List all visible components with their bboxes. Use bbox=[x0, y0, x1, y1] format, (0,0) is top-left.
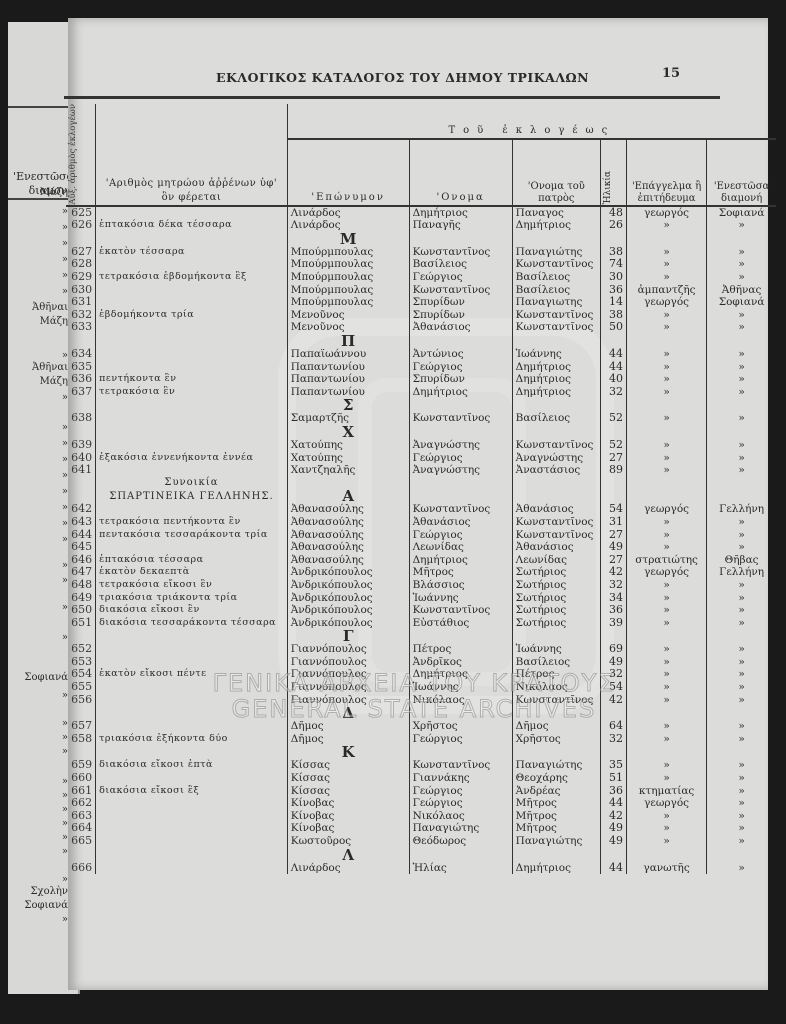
surname-cell: Ἀνδρικόπουλος bbox=[287, 566, 409, 579]
name-cell bbox=[409, 848, 512, 862]
surname-cell: Μενοῦνος bbox=[287, 309, 409, 322]
surname-cell: Παπαντωνίου bbox=[287, 361, 409, 374]
residence-cell bbox=[707, 706, 776, 720]
residence-fragment: Σχολὴν bbox=[30, 886, 68, 898]
alphabet-section-row: Μ bbox=[66, 232, 776, 246]
father-name-cell: Πέτρος bbox=[512, 668, 600, 681]
occupation-cell: ἀμπαντζῆς bbox=[626, 284, 706, 297]
residence-cell: Γελλήνη bbox=[707, 503, 776, 516]
residence-cell: » bbox=[707, 258, 776, 271]
table-row: 658τριακόσια ἑξήκοντα δύοΔῆμοςΓεώργιοςΧρ… bbox=[66, 733, 776, 746]
serial-no-cell bbox=[66, 489, 96, 503]
residence-cell: » bbox=[707, 348, 776, 361]
age-cell bbox=[600, 477, 626, 490]
father-name-cell: Βασίλειος bbox=[512, 656, 600, 669]
section-letter: Α bbox=[287, 489, 409, 503]
table-row: 630ΜπούρμπουλαςΚωνσταντῖνοςΒασίλειος36ἀμ… bbox=[66, 284, 776, 297]
table-row: 665ΚωστοῦροςΘεόδωροςΠαναγιώτης49»» bbox=[66, 835, 776, 848]
section-letter: Χ bbox=[287, 425, 409, 439]
registry-no-cell bbox=[96, 629, 288, 643]
registry-no-cell bbox=[96, 412, 288, 425]
residence-cell: » bbox=[707, 694, 776, 707]
father-name-cell: Χρῆστος bbox=[512, 733, 600, 746]
father-name-cell bbox=[512, 848, 600, 862]
father-name-cell: Μῆτρος bbox=[512, 810, 600, 823]
serial-no-cell: 662 bbox=[66, 797, 96, 810]
father-name-cell: Κωνσταντῖνος bbox=[512, 516, 600, 529]
serial-no-cell: 629 bbox=[66, 271, 96, 284]
residence-cell: » bbox=[707, 452, 776, 465]
surname-cell: Ἀνδρικόπουλος bbox=[287, 579, 409, 592]
father-name-cell: Μῆτρος bbox=[512, 797, 600, 810]
father-name-cell: Παναγιώτης bbox=[512, 835, 600, 848]
surname-cell: Ἀνδρικόπουλος bbox=[287, 592, 409, 605]
name-cell: Γεώργιος bbox=[409, 452, 512, 465]
table-row: 629τετρακόσια ἑβδομήκοντα ἓξΜπούρμπουλας… bbox=[66, 271, 776, 284]
occupation-cell: » bbox=[626, 541, 706, 554]
age-cell: 44 bbox=[600, 797, 626, 810]
registry-no-cell bbox=[96, 656, 288, 669]
name-cell: Ἀνδρῖκος bbox=[409, 656, 512, 669]
table-row: 649τριακόσια τριάκοντα τρίαἈνδρικόπουλος… bbox=[66, 592, 776, 605]
serial-no-cell: 636 bbox=[66, 373, 96, 386]
father-name-cell: Παναγος bbox=[512, 206, 600, 220]
age-cell bbox=[600, 706, 626, 720]
table-row: 657ΔῆμοςΧρῆστοςΔῆμος64»» bbox=[66, 720, 776, 733]
name-cell: Ἰωάννης bbox=[409, 592, 512, 605]
registry-no-cell bbox=[96, 348, 288, 361]
register-rows: 625ΛινάρδοςΔημήτριοςΠαναγος48γεωργόςΣοφι… bbox=[66, 206, 776, 875]
residence-cell: Σοφιανά bbox=[707, 206, 776, 220]
occupation-cell: » bbox=[626, 246, 706, 259]
residence-cell: » bbox=[707, 412, 776, 425]
serial-no-cell: 657 bbox=[66, 720, 96, 733]
age-cell: 50 bbox=[600, 321, 626, 334]
serial-no-cell: 631 bbox=[66, 296, 96, 309]
occupation-cell: » bbox=[626, 386, 706, 399]
table-row: 628ΜπούρμπουλαςΒασίλειοςΚωνσταντῖνος74»» bbox=[66, 258, 776, 271]
father-name-cell: Σωτήριος bbox=[512, 604, 600, 617]
name-cell: Σπυρίδων bbox=[409, 373, 512, 386]
residence-cell: » bbox=[707, 592, 776, 605]
father-name-cell: Κωνσταντῖνος bbox=[512, 321, 600, 334]
table-row: 663ΚίνοβαςΝικόλαοςΜῆτρος42»» bbox=[66, 810, 776, 823]
father-name-cell bbox=[512, 334, 600, 348]
serial-no-cell: 626 bbox=[66, 219, 96, 232]
father-name-cell: Κωνσταντῖνος bbox=[512, 258, 600, 271]
residence-cell bbox=[707, 489, 776, 503]
occupation-cell: » bbox=[626, 772, 706, 785]
name-cell: Ἀθανάσιος bbox=[409, 516, 512, 529]
surname-cell: Ἀθανασούλης bbox=[287, 503, 409, 516]
occupation-cell: » bbox=[626, 720, 706, 733]
residence-fragment: Ἀθῆναι bbox=[32, 362, 68, 374]
age-cell: 48 bbox=[600, 206, 626, 220]
name-cell: Γεώργιος bbox=[409, 361, 512, 374]
alphabet-section-row: Κ bbox=[66, 745, 776, 759]
registry-no-cell bbox=[96, 503, 288, 516]
occupation-cell: » bbox=[626, 258, 706, 271]
surname-cell: Ἀθανασούλης bbox=[287, 516, 409, 529]
page-number: 15 bbox=[662, 66, 680, 81]
serial-no-cell: 658 bbox=[66, 733, 96, 746]
register-page: ΕΚΛΟΓΙΚΟΣ ΚΑΤΑΛΟΓΟΣ ΤΟΥ ΔΗΜΟΥ ΤΡΙΚΑΛΩΝ 1… bbox=[68, 18, 768, 990]
running-header: ΕΚΛΟΓΙΚΟΣ ΚΑΤΑΛΟΓΟΣ ΤΟΥ ΔΗΜΟΥ ΤΡΙΚΑΛΩΝ bbox=[216, 70, 589, 85]
age-cell bbox=[600, 489, 626, 503]
registry-no-cell: διακόσια τεσσαράκοντα τέσσαρα bbox=[96, 617, 288, 630]
registry-no-cell: πεντακόσια τεσσαράκοντα τρία bbox=[96, 529, 288, 542]
father-name-cell: Ἰωάννης bbox=[512, 643, 600, 656]
occupation-cell: » bbox=[626, 361, 706, 374]
section-letter: Γ bbox=[287, 629, 409, 643]
age-cell: 40 bbox=[600, 373, 626, 386]
father-name-cell: Σωτήριος bbox=[512, 617, 600, 630]
table-row: 636πεντήκοντα ἓνΠαπαντωνίουΣπυρίδωνΔημήτ… bbox=[66, 373, 776, 386]
table-row: 654ἑκατὸν εἴκοσι πέντεΓιαννόπουλοςΔημήτρ… bbox=[66, 668, 776, 681]
surname-cell: Κίνοβας bbox=[287, 822, 409, 835]
father-name-cell bbox=[512, 489, 600, 503]
surname-cell: Κίνοβας bbox=[287, 810, 409, 823]
residence-cell: » bbox=[707, 439, 776, 452]
age-cell: 44 bbox=[600, 348, 626, 361]
occupation-cell: » bbox=[626, 835, 706, 848]
age-cell bbox=[600, 232, 626, 246]
quarter-heading-row: ΣΠΑΡΤΙΝΕΙΚΑ ΓΕΛΛΗΝΗΣ.Α bbox=[66, 489, 776, 503]
registry-no-cell: ἑκατὸν εἴκοσι πέντε bbox=[96, 668, 288, 681]
name-cell: Παναγῆς bbox=[409, 219, 512, 232]
registry-no-cell bbox=[96, 797, 288, 810]
age-cell bbox=[600, 398, 626, 412]
quarter-heading: ΣΠΑΡΤΙΝΕΙΚΑ ΓΕΛΛΗΝΗΣ. bbox=[96, 489, 288, 503]
registry-no-cell: διακόσια εἴκοσι ἓν bbox=[96, 604, 288, 617]
name-cell bbox=[409, 489, 512, 503]
registry-no-cell bbox=[96, 321, 288, 334]
name-cell: Κωνσταντῖνος bbox=[409, 604, 512, 617]
registry-no-cell bbox=[96, 862, 288, 875]
registry-no-cell bbox=[96, 439, 288, 452]
age-cell bbox=[600, 745, 626, 759]
registry-no-cell: τετρακόσια εἴκοσι ἓν bbox=[96, 579, 288, 592]
name-cell: Γιαννάκης bbox=[409, 772, 512, 785]
serial-no-cell bbox=[66, 334, 96, 348]
age-cell: 69 bbox=[600, 643, 626, 656]
section-letter: Σ bbox=[287, 398, 409, 412]
age-cell bbox=[600, 848, 626, 862]
registry-no-cell bbox=[96, 232, 288, 246]
occupation-cell: » bbox=[626, 822, 706, 835]
name-cell: Γεώργιος bbox=[409, 271, 512, 284]
name-cell: Βασίλειος bbox=[409, 258, 512, 271]
father-name-cell bbox=[512, 629, 600, 643]
residence-cell: » bbox=[707, 321, 776, 334]
registry-no-cell bbox=[96, 361, 288, 374]
residence-cell: » bbox=[707, 668, 776, 681]
name-cell: Παναγιώτης bbox=[409, 822, 512, 835]
residence-cell: » bbox=[707, 862, 776, 875]
header-surname: 'Επώνυμον bbox=[287, 139, 409, 206]
father-name-cell: Ἀνδρέας bbox=[512, 785, 600, 798]
name-cell: Γεώργιος bbox=[409, 733, 512, 746]
surname-cell: Λινάρδος bbox=[287, 206, 409, 220]
surname-cell: Κίσσας bbox=[287, 785, 409, 798]
serial-no-cell: 656 bbox=[66, 694, 96, 707]
father-name-cell: Ἀθανάσιος bbox=[512, 503, 600, 516]
name-cell: Γεώργιος bbox=[409, 529, 512, 542]
registry-no-cell bbox=[96, 643, 288, 656]
occupation-cell: » bbox=[626, 464, 706, 477]
residence-fragment: Μάζη bbox=[40, 376, 68, 388]
father-name-cell: Ἀθανάσιος bbox=[512, 541, 600, 554]
table-row: 666ΛινάρδοςἨλίαςΔημήτριος44γανωτῆς» bbox=[66, 862, 776, 875]
residence-cell: » bbox=[707, 604, 776, 617]
residence-cell bbox=[707, 745, 776, 759]
serial-no-cell: 639 bbox=[66, 439, 96, 452]
age-cell: 32 bbox=[600, 733, 626, 746]
father-name-cell bbox=[512, 745, 600, 759]
occupation-cell: » bbox=[626, 529, 706, 542]
name-cell: Μῆτρος bbox=[409, 566, 512, 579]
name-cell: Βλάσσιος bbox=[409, 579, 512, 592]
residence-cell: » bbox=[707, 656, 776, 669]
registry-no-cell bbox=[96, 835, 288, 848]
surname-cell: Κίσσας bbox=[287, 759, 409, 772]
table-row: 638ΣαμαρτζῆςΚωνσταντῖνοςΒασίλειος52»» bbox=[66, 412, 776, 425]
occupation-cell bbox=[626, 629, 706, 643]
header-occupation: 'Επάγγελμα ἢ ἐπιτήδευμα bbox=[626, 139, 706, 206]
father-name-cell: Δημήτριος bbox=[512, 386, 600, 399]
alphabet-section-row: Σ bbox=[66, 398, 776, 412]
residence-cell: » bbox=[707, 810, 776, 823]
table-row: 655ΓιαννόπουλοςἸωάννηςΝικόλαος54»» bbox=[66, 681, 776, 694]
residence-cell: Σοφιανά bbox=[707, 296, 776, 309]
table-row: 659διακόσια εἴκοσι ἑπτὰΚίσσαςΚωνσταντῖνο… bbox=[66, 759, 776, 772]
age-cell: 30 bbox=[600, 271, 626, 284]
occupation-cell bbox=[626, 232, 706, 246]
father-name-cell bbox=[512, 425, 600, 439]
residence-fragment: Ἀθῆναι bbox=[32, 302, 68, 314]
name-cell: Κωνσταντῖνος bbox=[409, 759, 512, 772]
occupation-cell: » bbox=[626, 681, 706, 694]
table-row: 643τετρακόσια πεντήκοντα ἓνἈθανασούληςἈθ… bbox=[66, 516, 776, 529]
table-row: 650διακόσια εἴκοσι ἓνἈνδρικόπουλοςΚωνστα… bbox=[66, 604, 776, 617]
surname-cell: Ἀνδρικόπουλος bbox=[287, 604, 409, 617]
table-row: 641ΧαντζηαλῆςἈναγνώστηςἈναστάσιος89»» bbox=[66, 464, 776, 477]
serial-no-cell bbox=[66, 477, 96, 490]
serial-no-cell: 637 bbox=[66, 386, 96, 399]
name-cell: Κωνσταντῖνος bbox=[409, 284, 512, 297]
father-name-cell: Βασίλειος bbox=[512, 284, 600, 297]
registry-no-cell: ἑξακόσια ἐννενήκοντα ἐννέα bbox=[96, 452, 288, 465]
residence-cell: » bbox=[707, 720, 776, 733]
name-cell: Γεώργιος bbox=[409, 785, 512, 798]
serial-no-cell bbox=[66, 848, 96, 862]
registry-no-cell: τριακόσια ἑξήκοντα δύο bbox=[96, 733, 288, 746]
serial-no-cell bbox=[66, 232, 96, 246]
table-row: 626ἑπτακόσια δέκα τέσσαραΛινάρδοςΠαναγῆς… bbox=[66, 219, 776, 232]
table-row: 661διακόσια εἴκοσι ἓξΚίσσαςΓεώργιοςἈνδρέ… bbox=[66, 785, 776, 798]
residence-cell: » bbox=[707, 617, 776, 630]
father-name-cell: Παναγιώτης bbox=[512, 246, 600, 259]
residence-fragment: Σοφιανά bbox=[24, 672, 68, 684]
table-row: 662ΚίνοβαςΓεώργιοςΜῆτρος44γεωργός» bbox=[66, 797, 776, 810]
name-cell: Δημήτριος bbox=[409, 668, 512, 681]
occupation-cell bbox=[626, 334, 706, 348]
table-row: 653ΓιαννόπουλοςἈνδρῖκοςΒασίλειος49»» bbox=[66, 656, 776, 669]
table-row: 642ἈθανασούληςΚωνσταντῖνοςἈθανάσιος54γεω… bbox=[66, 503, 776, 516]
residence-cell: » bbox=[707, 822, 776, 835]
residence-cell: » bbox=[707, 541, 776, 554]
name-cell: Κωνσταντῖνος bbox=[409, 246, 512, 259]
table-row: 647ἑκατὸν δεκαεπτὰἈνδρικόπουλοςΜῆτροςΣωτ… bbox=[66, 566, 776, 579]
name-cell bbox=[409, 398, 512, 412]
occupation-cell: γεωργός bbox=[626, 296, 706, 309]
name-cell: Πέτρος bbox=[409, 643, 512, 656]
father-name-cell bbox=[512, 706, 600, 720]
table-row: 633ΜενοῦνοςἈθανάσιοςΚωνσταντῖνος50»» bbox=[66, 321, 776, 334]
father-name-cell: Σωτήριος bbox=[512, 579, 600, 592]
table-row: 632ἑβδομήκοντα τρίαΜενοῦνοςΣπυρίδωνΚωνστ… bbox=[66, 309, 776, 322]
occupation-cell: » bbox=[626, 759, 706, 772]
registry-no-cell: ἑκατὸν τέσσαρα bbox=[96, 246, 288, 259]
occupation-cell: γεωργός bbox=[626, 797, 706, 810]
father-name-cell: Παναγιώτης bbox=[512, 759, 600, 772]
occupation-cell: γεωργός bbox=[626, 566, 706, 579]
age-cell: 42 bbox=[600, 694, 626, 707]
residence-cell: » bbox=[707, 797, 776, 810]
name-cell: Ἀντώνιος bbox=[409, 348, 512, 361]
name-cell: Ἀθανάσιος bbox=[409, 321, 512, 334]
name-cell: Γεώργιος bbox=[409, 797, 512, 810]
age-cell bbox=[600, 334, 626, 348]
residence-fragment: Μάζη bbox=[40, 316, 68, 328]
father-name-cell: Κωνσταντῖνος bbox=[512, 529, 600, 542]
father-name-cell: Παναγιωτης bbox=[512, 296, 600, 309]
name-cell: Δημήτριος bbox=[409, 386, 512, 399]
surname-cell: Κίσσας bbox=[287, 772, 409, 785]
occupation-cell: » bbox=[626, 321, 706, 334]
residence-cell: » bbox=[707, 219, 776, 232]
occupation-cell bbox=[626, 477, 706, 490]
occupation-cell: γανωτῆς bbox=[626, 862, 706, 875]
voter-register-table: Αὔξ. ἀριθμὸς ἐκλογέων 'Αριθμὸς μητρώου ἀ… bbox=[66, 104, 776, 874]
table-row: 646ἑπτακόσια τέσσαραἈθανασούληςΔημήτριος… bbox=[66, 554, 776, 567]
occupation-cell: » bbox=[626, 694, 706, 707]
alphabet-section-row: Δ bbox=[66, 706, 776, 720]
occupation-cell bbox=[626, 706, 706, 720]
age-cell: 49 bbox=[600, 541, 626, 554]
residence-cell: » bbox=[707, 271, 776, 284]
father-name-cell: Σωτήριος bbox=[512, 592, 600, 605]
header-father-name: 'Ονομα τοῦ πατρὸς bbox=[512, 139, 600, 206]
residence-cell: » bbox=[707, 643, 776, 656]
residence-cell: » bbox=[707, 759, 776, 772]
registry-no-cell bbox=[96, 541, 288, 554]
table-row: 651διακόσια τεσσαράκοντα τέσσαραἈνδρικόπ… bbox=[66, 617, 776, 630]
registry-no-cell bbox=[96, 822, 288, 835]
occupation-cell: γεωργός bbox=[626, 206, 706, 220]
age-cell: 32 bbox=[600, 386, 626, 399]
table-row: 637τετρακόσια ἓνΠαπαντωνίουΔημήτριοςΔημή… bbox=[66, 386, 776, 399]
name-cell: Νικόλαος bbox=[409, 694, 512, 707]
surname-cell: Δῆμος bbox=[287, 720, 409, 733]
father-name-cell: Ἰωάννης bbox=[512, 348, 600, 361]
age-cell: 36 bbox=[600, 604, 626, 617]
header-age: Ἡλικία bbox=[600, 139, 626, 206]
surname-cell: Κίνοβας bbox=[287, 797, 409, 810]
alphabet-section-row: Λ bbox=[66, 848, 776, 862]
name-cell: Κωνσταντῖνος bbox=[409, 503, 512, 516]
registry-no-cell bbox=[96, 772, 288, 785]
section-letter: Μ bbox=[287, 232, 409, 246]
age-cell bbox=[600, 425, 626, 439]
occupation-cell bbox=[626, 848, 706, 862]
occupation-cell: » bbox=[626, 348, 706, 361]
surname-cell: Ἀθανασούλης bbox=[287, 554, 409, 567]
table-row: 648τετρακόσια εἴκοσι ἓνἈνδρικόπουλοςΒλάσ… bbox=[66, 579, 776, 592]
age-cell: 52 bbox=[600, 412, 626, 425]
name-cell bbox=[409, 425, 512, 439]
residence-cell: » bbox=[707, 464, 776, 477]
age-cell: 51 bbox=[600, 772, 626, 785]
alphabet-section-row: Χ bbox=[66, 425, 776, 439]
father-name-cell: Κωνσταντῖνος bbox=[512, 439, 600, 452]
serial-no-cell: 633 bbox=[66, 321, 96, 334]
occupation-cell: » bbox=[626, 309, 706, 322]
section-letter: Λ bbox=[287, 848, 409, 862]
occupation-cell: » bbox=[626, 617, 706, 630]
age-cell: 31 bbox=[600, 516, 626, 529]
table-row: 656ΓιαννόπουλοςΝικόλαοςΚωνσταντῖνος42»» bbox=[66, 694, 776, 707]
serial-no-cell: 660 bbox=[66, 772, 96, 785]
registry-no-cell bbox=[96, 694, 288, 707]
residence-cell: » bbox=[707, 373, 776, 386]
registry-no-cell: διακόσια εἴκοσι ἓξ bbox=[96, 785, 288, 798]
serial-no-cell: 655 bbox=[66, 681, 96, 694]
residence-fragment: Μάζη bbox=[40, 187, 68, 199]
table-row: 631ΜπούρμπουλαςΣπυρίδωνΠαναγιωτης14γεωργ… bbox=[66, 296, 776, 309]
age-cell: 26 bbox=[600, 219, 626, 232]
father-name-cell: Δημήτριος bbox=[512, 862, 600, 875]
header-residence: 'Ενεστῶσα διαμονή bbox=[707, 139, 776, 206]
occupation-cell: » bbox=[626, 668, 706, 681]
residence-cell: » bbox=[707, 246, 776, 259]
residence-cell bbox=[707, 848, 776, 862]
name-cell: Χρῆστος bbox=[409, 720, 512, 733]
name-cell: Θεόδωρος bbox=[409, 835, 512, 848]
registry-no-cell: ἑκατὸν δεκαεπτὰ bbox=[96, 566, 288, 579]
table-row: 640ἑξακόσια ἐννενήκοντα ἐννέαΧατούπηςΓεώ… bbox=[66, 452, 776, 465]
father-name-cell: Δημήτριος bbox=[512, 219, 600, 232]
serial-no-cell: 651 bbox=[66, 617, 96, 630]
name-cell: Δημήτριος bbox=[409, 554, 512, 567]
residence-cell: Θῆβας bbox=[707, 554, 776, 567]
residence-cell: Γελλήνη bbox=[707, 566, 776, 579]
alphabet-section-row: Π bbox=[66, 334, 776, 348]
registry-no-cell bbox=[96, 425, 288, 439]
occupation-cell: » bbox=[626, 643, 706, 656]
name-cell bbox=[409, 232, 512, 246]
quarter-heading-row: Συνοικία bbox=[66, 477, 776, 490]
table-row: 627ἑκατὸν τέσσαραΜπούρμπουλαςΚωνσταντῖνο… bbox=[66, 246, 776, 259]
header-serial-no: Αὔξ. ἀριθμὸς ἐκλογέων bbox=[66, 104, 96, 206]
occupation-cell: » bbox=[626, 733, 706, 746]
surname-cell: Μπούρμπουλας bbox=[287, 271, 409, 284]
serial-no-cell: 648 bbox=[66, 579, 96, 592]
occupation-cell: κτηματίας bbox=[626, 785, 706, 798]
label-line: 'Ενεστῶσα bbox=[10, 170, 74, 184]
serial-no-cell: 634 bbox=[66, 348, 96, 361]
age-cell: 52 bbox=[600, 439, 626, 452]
